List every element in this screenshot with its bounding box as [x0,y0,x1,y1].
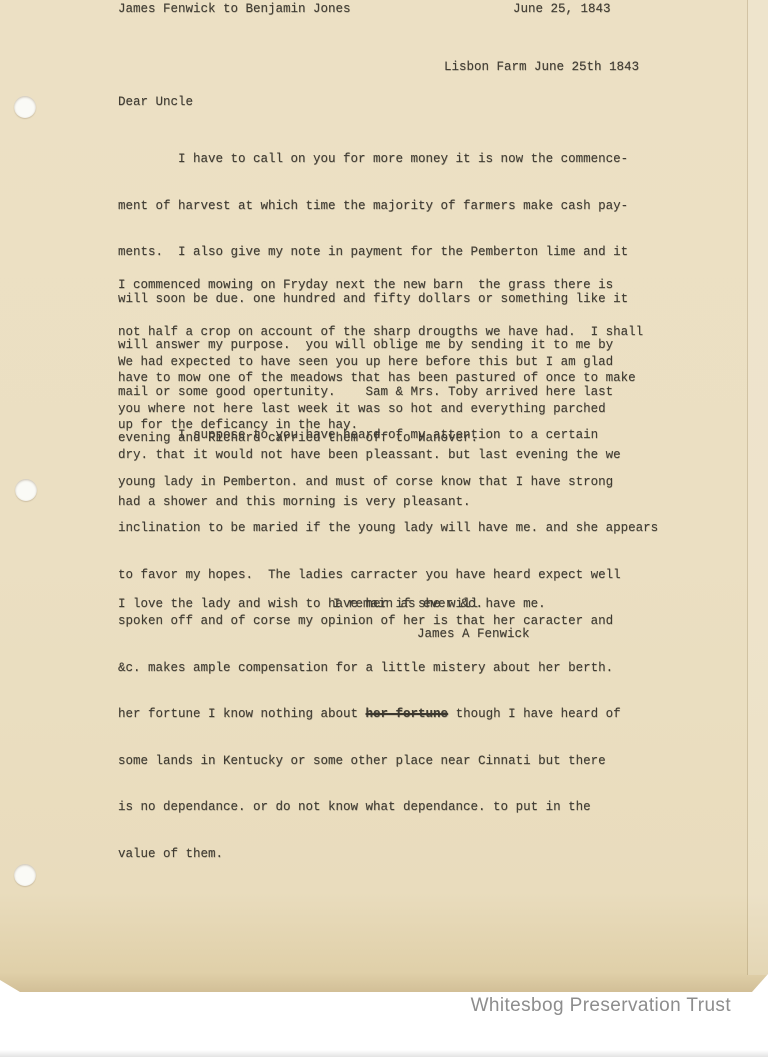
letter-line: We had expected to have seen you up here… [118,355,621,371]
letter-line: is no dependance. or do not know what de… [118,800,658,816]
letter-line: inclination to be maried if the young la… [118,521,658,537]
letter-line: &c. makes ample compensation for a littl… [118,661,658,677]
letter-closing: I remain as ever &c. [333,597,483,613]
catalog-date: June 25, 1843 [513,2,611,18]
letter-line: value of them. [118,847,658,863]
letter-line: I suppose to you have heard of my attent… [118,428,658,444]
punch-hole [14,864,36,886]
struck-text: her fortune [366,707,449,721]
letter-salutation: Dear Uncle [118,95,193,111]
letter-line: I have to call on you for more money it … [118,152,628,168]
letter-line: I commenced mowing on Fryday next the ne… [118,278,643,294]
punch-hole [15,479,37,501]
strike-line-post: though I have heard of [448,707,621,721]
punch-hole [14,96,36,118]
scan-stage: James Fenwick to Benjamin Jones June 25,… [0,0,768,1057]
letter-line: ment of harvest at which time the majori… [118,199,628,215]
paper-edge-line [747,0,748,975]
catalog-title: James Fenwick to Benjamin Jones [118,2,351,18]
archive-watermark: Whitesbog Preservation Trust [471,995,731,1017]
paper-edge-strip [748,0,768,975]
letter-dateline: Lisbon Farm June 25th 1843 [444,60,639,76]
letter-signature: James A Fenwick [417,627,530,643]
paragraph: I suppose to you have heard of my attent… [118,397,658,893]
bottom-shadow [0,1050,768,1057]
strike-line-pre: her fortune I know nothing about [118,707,366,721]
strike-line: her fortune I know nothing about her for… [118,707,658,723]
letter-paper: James Fenwick to Benjamin Jones June 25,… [0,0,768,992]
letter-line: young lady in Pemberton. and must of cor… [118,475,658,491]
letter-line: some lands in Kentucky or some other pla… [118,754,658,770]
